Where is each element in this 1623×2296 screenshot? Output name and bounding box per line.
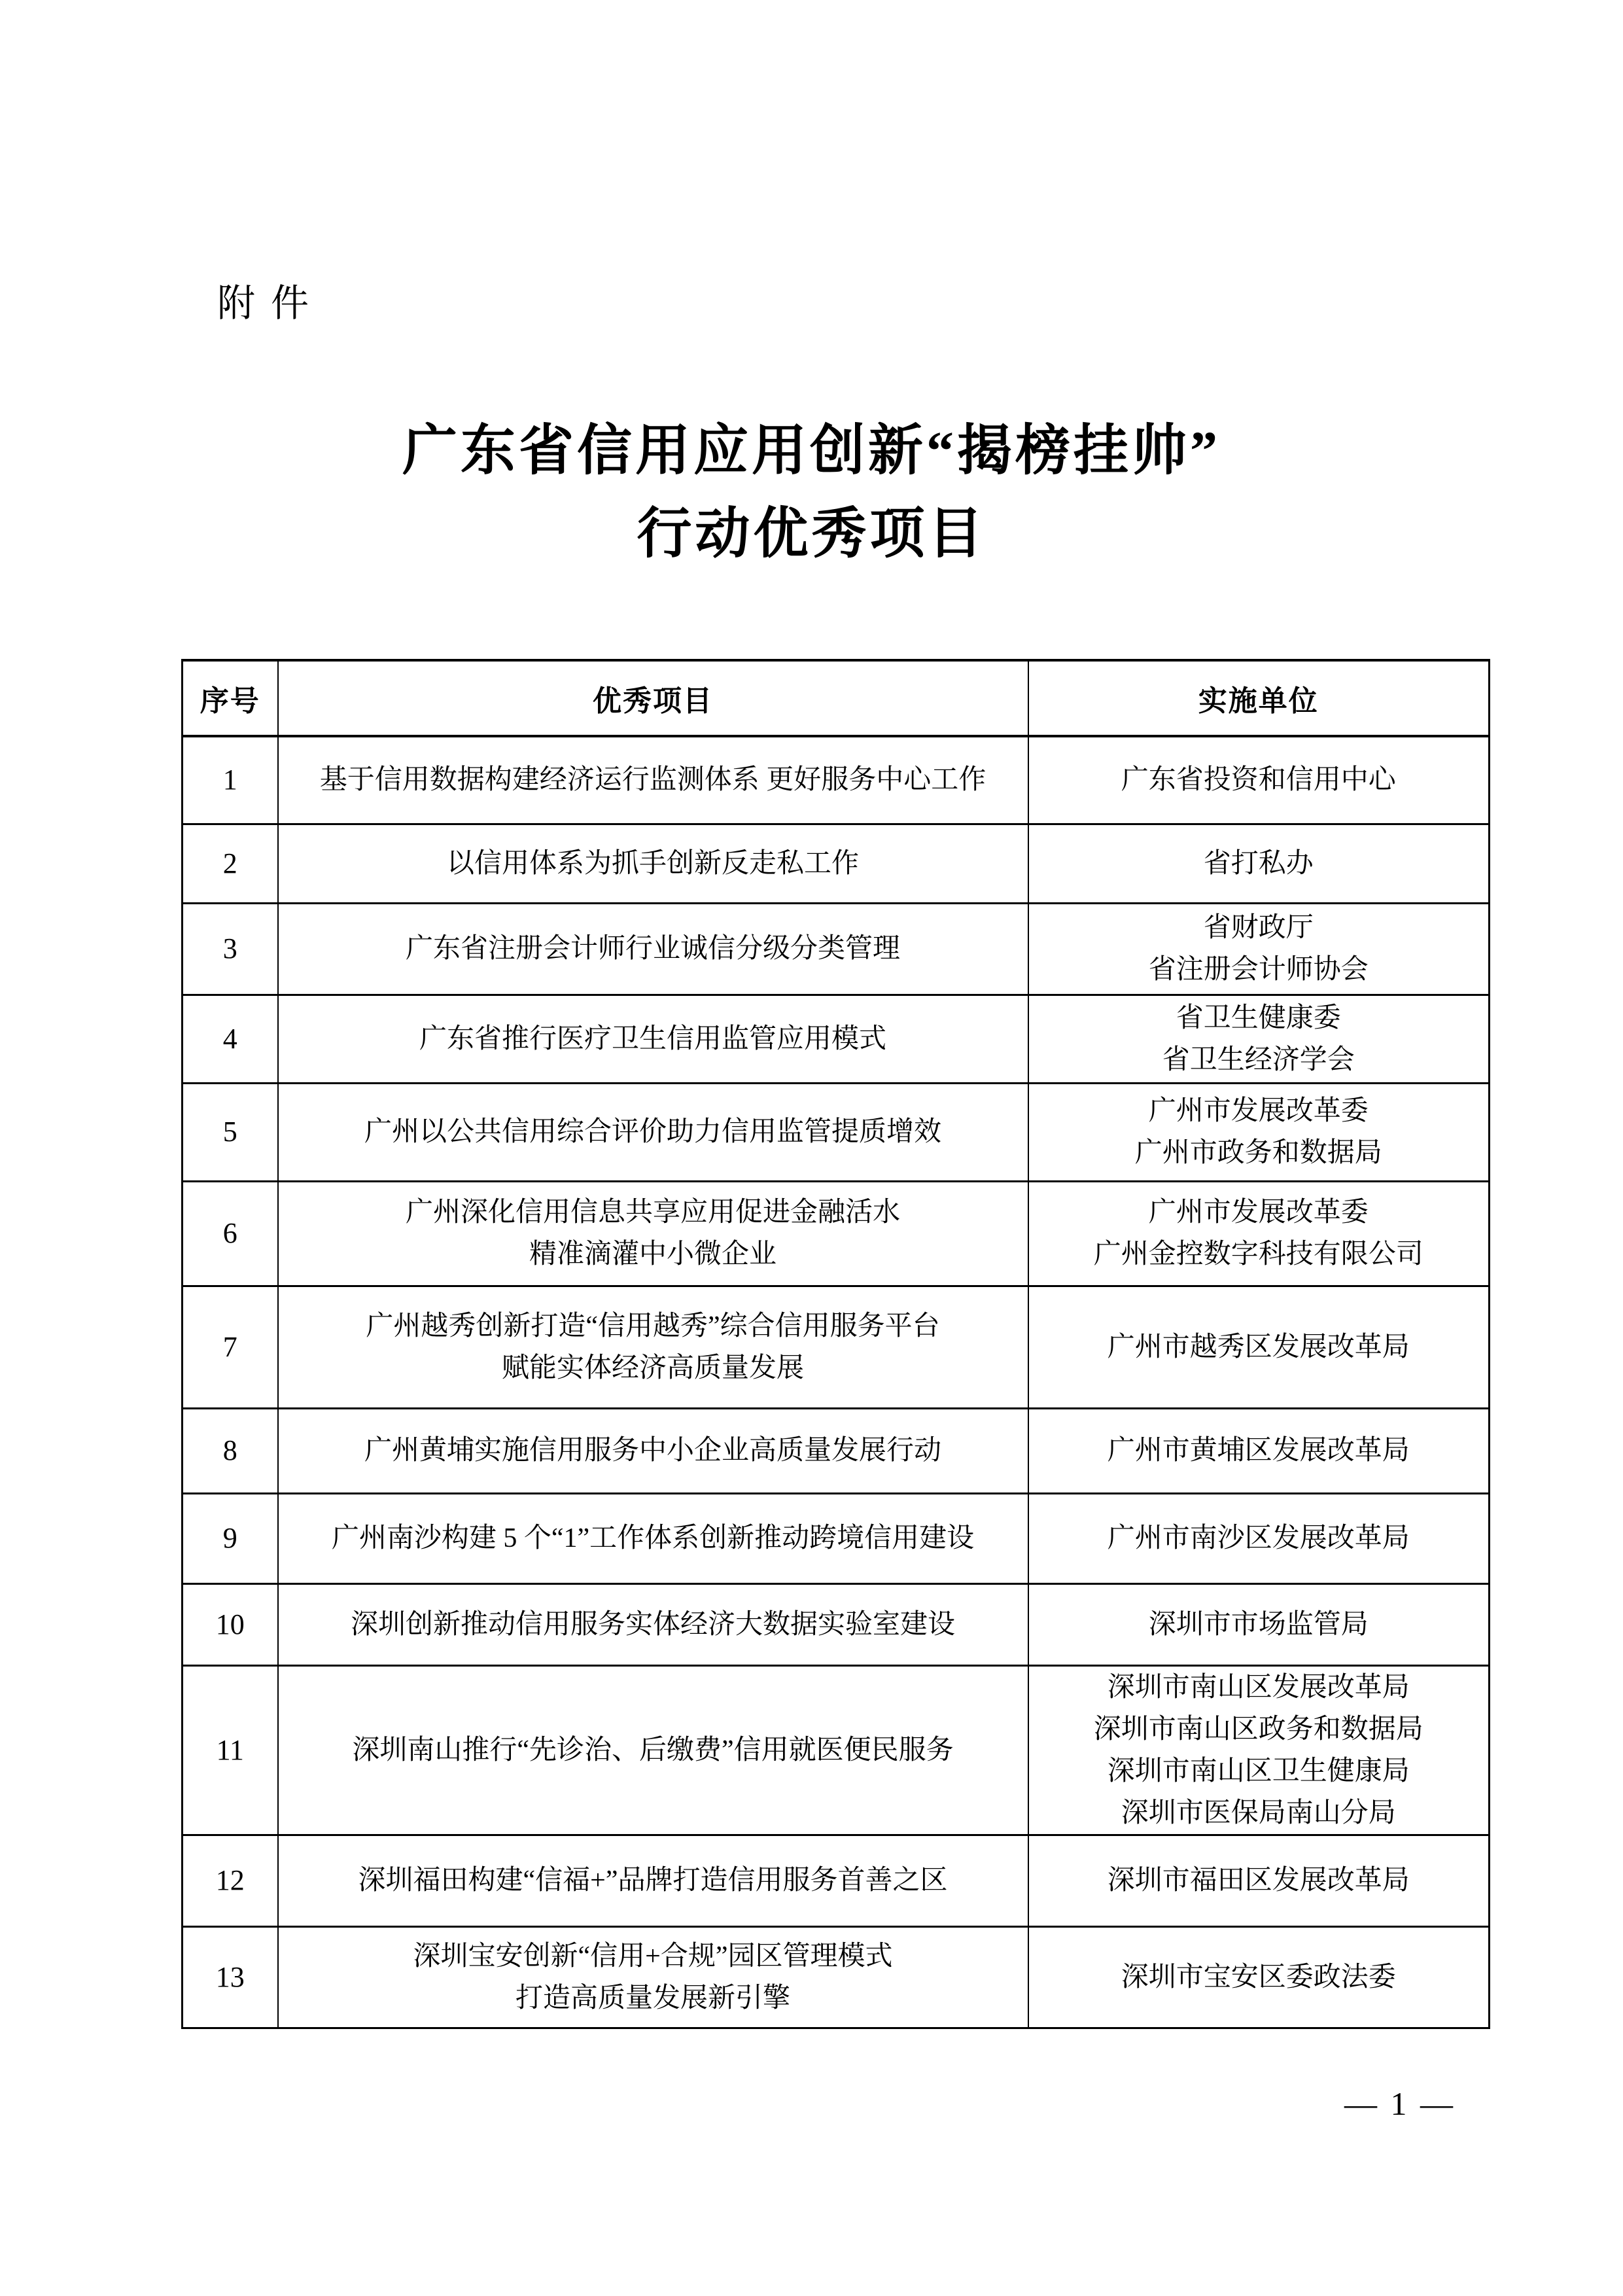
- row-number-cell: 5: [183, 1083, 278, 1181]
- project-cell: 以信用体系为抓手创新反走私工作: [278, 824, 1028, 903]
- col-header-project: 优秀项目: [278, 660, 1028, 736]
- table-row: 8 广州黄埔实施信用服务中小企业高质量发展行动 广州市黄埔区发展改革局: [183, 1408, 1490, 1493]
- document-title: 广东省信用应用创新“揭榜挂帅” 行动优秀项目: [0, 410, 1623, 576]
- table-row: 13 深圳宝安创新“信用+合规”园区管理模式 打造高质量发展新引擎 深圳市宝安区…: [183, 1926, 1490, 2028]
- page-number: — 1 —: [1344, 2085, 1456, 2123]
- row-number-cell: 4: [183, 995, 278, 1083]
- unit-cell: 广州市越秀区发展改革局: [1028, 1286, 1490, 1408]
- project-cell: 广州黄埔实施信用服务中小企业高质量发展行动: [278, 1408, 1028, 1493]
- project-cell: 广东省注册会计师行业诚信分级分类管理: [278, 903, 1028, 995]
- unit-cell: 深圳市福田区发展改革局: [1028, 1835, 1490, 1926]
- unit-cell: 广州市黄埔区发展改革局: [1028, 1408, 1490, 1493]
- row-number-cell: 3: [183, 903, 278, 995]
- table-row: 2 以信用体系为抓手创新反走私工作 省打私办: [183, 824, 1490, 903]
- row-number-cell: 12: [183, 1835, 278, 1926]
- col-header-no: 序号: [183, 660, 278, 736]
- unit-cell: 广州市发展改革委 广州金控数字科技有限公司: [1028, 1181, 1490, 1286]
- table-header: 序号 优秀项目 实施单位: [183, 660, 1490, 736]
- title-line-1: 广东省信用应用创新“揭榜挂帅”: [0, 410, 1623, 493]
- row-number-cell: 2: [183, 824, 278, 903]
- project-cell: 广州越秀创新打造“信用越秀”综合信用服务平台 赋能实体经济高质量发展: [278, 1286, 1028, 1408]
- table-row: 7 广州越秀创新打造“信用越秀”综合信用服务平台 赋能实体经济高质量发展 广州市…: [183, 1286, 1490, 1408]
- project-cell: 深圳宝安创新“信用+合规”园区管理模式 打造高质量发展新引擎: [278, 1926, 1028, 2028]
- table-row: 9 广州南沙构建 5 个“1”工作体系创新推动跨境信用建设 广州市南沙区发展改革…: [183, 1493, 1490, 1583]
- project-cell: 深圳南山推行“先诊治、后缴费”信用就医便民服务: [278, 1665, 1028, 1835]
- project-cell: 深圳创新推动信用服务实体经济大数据实验室建设: [278, 1583, 1028, 1665]
- row-number-cell: 9: [183, 1493, 278, 1583]
- project-cell: 广州深化信用信息共享应用促进金融活水 精准滴灌中小微企业: [278, 1181, 1028, 1286]
- unit-cell: 深圳市市场监管局: [1028, 1583, 1490, 1665]
- table-row: 6 广州深化信用信息共享应用促进金融活水 精准滴灌中小微企业 广州市发展改革委 …: [183, 1181, 1490, 1286]
- unit-cell: 深圳市南山区发展改革局 深圳市南山区政务和数据局 深圳市南山区卫生健康局 深圳市…: [1028, 1665, 1490, 1835]
- title-line-2: 行动优秀项目: [0, 493, 1623, 576]
- row-number-cell: 10: [183, 1583, 278, 1665]
- attachment-label: 附件: [217, 272, 324, 327]
- table-row: 10 深圳创新推动信用服务实体经济大数据实验室建设 深圳市市场监管局: [183, 1583, 1490, 1665]
- unit-cell: 广州市发展改革委 广州市政务和数据局: [1028, 1083, 1490, 1181]
- col-header-unit: 实施单位: [1028, 660, 1490, 736]
- row-number-cell: 13: [183, 1926, 278, 2028]
- unit-cell: 深圳市宝安区委政法委: [1028, 1926, 1490, 2028]
- row-number-cell: 11: [183, 1665, 278, 1835]
- row-number-cell: 6: [183, 1181, 278, 1286]
- row-number-cell: 7: [183, 1286, 278, 1408]
- document-page: 附件 广东省信用应用创新“揭榜挂帅” 行动优秀项目 序号 优秀项目 实施单位 1…: [0, 0, 1623, 2296]
- table-body: 1 基于信用数据构建经济运行监测体系 更好服务中心工作 广东省投资和信用中心 2…: [183, 736, 1490, 2028]
- table-row: 5 广州以公共信用综合评价助力信用监管提质增效 广州市发展改革委 广州市政务和数…: [183, 1083, 1490, 1181]
- table-row: 1 基于信用数据构建经济运行监测体系 更好服务中心工作 广东省投资和信用中心: [183, 736, 1490, 824]
- project-cell: 广东省推行医疗卫生信用监管应用模式: [278, 995, 1028, 1083]
- unit-cell: 省财政厅 省注册会计师协会: [1028, 903, 1490, 995]
- table-row: 4 广东省推行医疗卫生信用监管应用模式 省卫生健康委 省卫生经济学会: [183, 995, 1490, 1083]
- unit-cell: 省打私办: [1028, 824, 1490, 903]
- table-row: 11 深圳南山推行“先诊治、后缴费”信用就医便民服务 深圳市南山区发展改革局 深…: [183, 1665, 1490, 1835]
- table-row: 12 深圳福田构建“信福+”品牌打造信用服务首善之区 深圳市福田区发展改革局: [183, 1835, 1490, 1926]
- table-row: 3 广东省注册会计师行业诚信分级分类管理 省财政厅 省注册会计师协会: [183, 903, 1490, 995]
- project-cell: 广州以公共信用综合评价助力信用监管提质增效: [278, 1083, 1028, 1181]
- row-number-cell: 1: [183, 736, 278, 824]
- unit-cell: 省卫生健康委 省卫生经济学会: [1028, 995, 1490, 1083]
- header-row: 序号 优秀项目 实施单位: [183, 660, 1490, 736]
- project-cell: 基于信用数据构建经济运行监测体系 更好服务中心工作: [278, 736, 1028, 824]
- project-cell: 广州南沙构建 5 个“1”工作体系创新推动跨境信用建设: [278, 1493, 1028, 1583]
- unit-cell: 广东省投资和信用中心: [1028, 736, 1490, 824]
- project-cell: 深圳福田构建“信福+”品牌打造信用服务首善之区: [278, 1835, 1028, 1926]
- projects-table: 序号 优秀项目 实施单位 1 基于信用数据构建经济运行监测体系 更好服务中心工作…: [181, 659, 1490, 2029]
- unit-cell: 广州市南沙区发展改革局: [1028, 1493, 1490, 1583]
- row-number-cell: 8: [183, 1408, 278, 1493]
